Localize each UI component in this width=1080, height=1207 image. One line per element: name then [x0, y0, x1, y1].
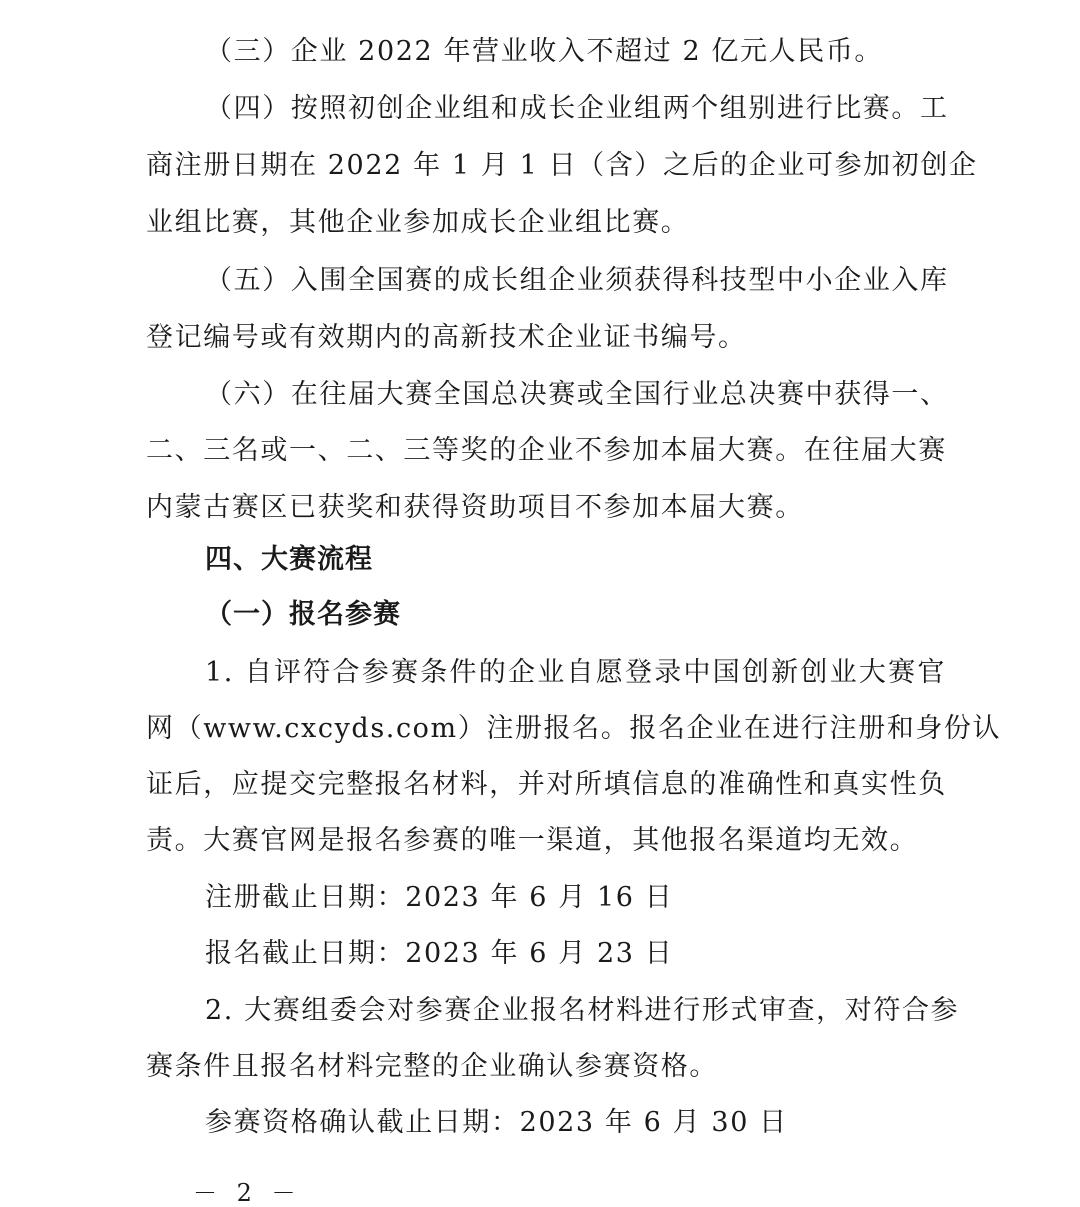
step2-line-2: 赛条件且报名材料完整的企业确认参赛资格。: [146, 1049, 946, 1085]
item-5-line-1: （五）入围全国赛的成长组企业须获得科技型中小企业入库: [205, 263, 946, 299]
step1-line-4: 责。大赛官网是报名参赛的唯一渠道，其他报名渠道均无效。: [146, 823, 946, 859]
item-4-line-2: 商注册日期在 2022 年 1 月 1 日（含）之后的企业可参加初创企: [146, 148, 946, 184]
item-6-line-2: 二、三名或一、二、三等奖的企业不参加本届大赛。在往届大赛: [146, 433, 946, 469]
item-4-line-1: （四）按照初创企业组和成长企业组两个组别进行比赛。工: [205, 91, 946, 127]
item-5-line-2: 登记编号或有效期内的高新技术企业证书编号。: [146, 320, 946, 356]
signup-deadline: 报名截止日期：2023 年 6 月 23 日: [205, 936, 946, 972]
item-3-line-1: （三）企业 2022 年营业收入不超过 2 亿元人民币。: [205, 34, 946, 70]
item-6-line-3: 内蒙古赛区已获奖和获得资助项目不参加本届大赛。: [146, 490, 946, 526]
section-heading: 四、大赛流程: [205, 542, 946, 578]
item-4-line-3: 业组比赛，其他企业参加成长企业组比赛。: [146, 205, 946, 241]
item-6-line-1: （六）在往届大赛全国总决赛或全国行业总决赛中获得一、: [205, 377, 946, 413]
step1-line-1: 1. 自评符合参赛条件的企业自愿登录中国创新创业大赛官: [205, 655, 946, 691]
qualification-deadline: 参赛资格确认截止日期：2023 年 6 月 30 日: [205, 1105, 946, 1141]
document-page: （三）企业 2022 年营业收入不超过 2 亿元人民币。 （四）按照初创企业组和…: [0, 0, 1080, 1207]
page-number: － 2 －: [193, 1178, 302, 1207]
step1-line-2: 网（www.cxcyds.com）注册报名。报名企业在进行注册和身份认: [146, 711, 946, 747]
step2-line-1: 2. 大赛组委会对参赛企业报名材料进行形式审查，对符合参: [205, 993, 946, 1029]
step1-line-3: 证后，应提交完整报名材料，并对所填信息的准确性和真实性负: [146, 767, 946, 803]
registration-deadline: 注册截止日期：2023 年 6 月 16 日: [205, 880, 946, 916]
subsection-heading: （一）报名参赛: [205, 597, 946, 633]
